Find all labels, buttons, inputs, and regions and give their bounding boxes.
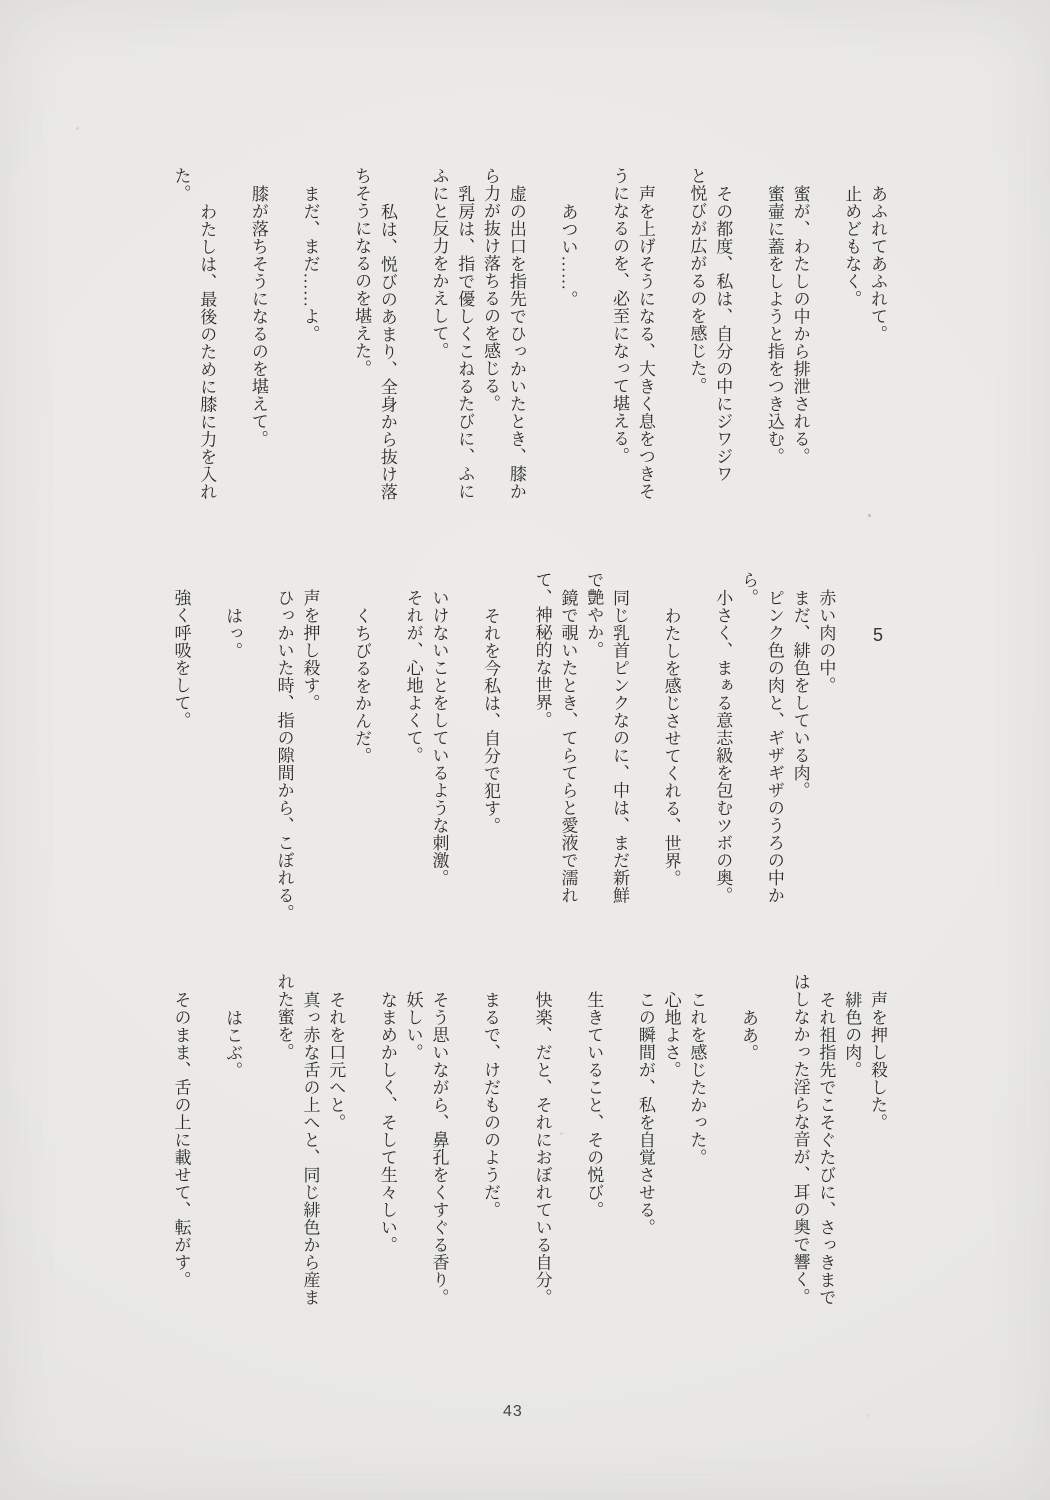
- text-column: 乳房は、指で優しくこねるたびに、ふに: [451, 167, 477, 543]
- text-column: て、神秘的な世界。: [529, 571, 555, 947]
- text-column: 強く呼吸をして。: [168, 571, 194, 947]
- text-column: ピンク色の肉と、ギザギザのうろの中か: [761, 571, 787, 947]
- text-column: ふにと反力をかえして。: [426, 167, 452, 543]
- text-column: なまめかしく、そして生々しい。: [374, 973, 400, 1349]
- blank-column: [374, 571, 400, 947]
- text-column: 声を押し殺す。: [297, 571, 323, 947]
- blank-column: [245, 571, 271, 947]
- text-column: 膝が落ちそうになるのを堪えて。: [245, 167, 271, 543]
- text-column: 妖しい。: [400, 973, 426, 1349]
- text-column: 赤い肉の中。: [813, 571, 839, 947]
- text-column: ああ。: [735, 973, 761, 1349]
- text-column: 声を押し殺した。: [864, 973, 890, 1349]
- text-column: ちそうになるのを堪えた。: [348, 167, 374, 543]
- text-column: ら力が抜け落ちるのを感じる。: [477, 167, 503, 543]
- blank-column: [322, 167, 348, 543]
- text-column: まだ、まだ……よ。: [297, 167, 323, 543]
- blank-column: [761, 973, 787, 1349]
- blank-column: [813, 167, 839, 543]
- text-column: 虚の出口を指先でひっかいたとき、膝か: [503, 167, 529, 543]
- text-column: 快楽、だと、それにおぼれている自分。: [529, 973, 555, 1349]
- blank-column: [193, 571, 219, 947]
- scanned-book-page: あふれてあふれて。止めどもなく。 蜜が、わたしの中から排泄される。蜜壷に蓋をしよ…: [0, 0, 1050, 1500]
- text-column: 鏡で覗いたとき、てらてらと愛液で濡れ: [555, 571, 581, 947]
- blank-column: [735, 167, 761, 543]
- blank-column: [632, 571, 658, 947]
- blank-column: [580, 167, 606, 543]
- blank-column: [219, 167, 245, 543]
- text-column: 同じ乳首ピンクなのに、中は、まだ新鮮: [606, 571, 632, 947]
- text-column: れた蜜を。: [271, 973, 297, 1349]
- text-column: いけないことをしているような刺激。: [426, 571, 452, 947]
- text-block-middle: 5 赤い肉の中。まだ、緋色をしている肉。ピンク色の肉と、ギザギザのうろの中から。…: [168, 571, 890, 947]
- blank-column: [322, 571, 348, 947]
- blank-column: [709, 973, 735, 1349]
- page-number: 43: [503, 1403, 523, 1421]
- blank-column: [503, 571, 529, 947]
- text-column: その都度、私は、自分の中にジワジワ: [709, 167, 735, 543]
- blank-column: [606, 973, 632, 1349]
- text-column: それが、心地よくて。: [400, 571, 426, 947]
- blank-column: [503, 973, 529, 1349]
- text-block-bottom: 声を押し殺した。緋色の肉。それ祖指先でこそぐたびに、さっきまではしなかった淫らな…: [168, 973, 890, 1349]
- blank-column: [658, 167, 684, 543]
- text-column: そのまま、舌の上に載せて、転がす。: [168, 973, 194, 1349]
- text-column: ひっかいた時、指の隙間から、こぼれる。: [271, 571, 297, 947]
- text-column: 蜜が、わたしの中から排泄される。: [787, 167, 813, 543]
- text-column: わたしは、最後のために膝に力を入れ: [193, 167, 219, 543]
- text-column: はっ。: [219, 571, 245, 947]
- text-column: 生きていること、その悦び。: [580, 973, 606, 1349]
- text-column: そう思いながら、鼻孔をくすぐる香り。: [426, 973, 452, 1349]
- blank-column: [529, 167, 555, 543]
- text-column: それ祖指先でこそぐたびに、さっきまで: [813, 973, 839, 1349]
- text-column: 真っ赤な舌の上へと、同じ緋色から産ま: [297, 973, 323, 1349]
- blank-column: [451, 571, 477, 947]
- text-column: 止めどもなく。: [838, 167, 864, 543]
- text-block-top: あふれてあふれて。止めどもなく。 蜜が、わたしの中から排泄される。蜜壷に蓋をしよ…: [168, 167, 890, 543]
- text-column: くちびるをかんだ。: [348, 571, 374, 947]
- text-column: わたしを感じさせてくれる、世界。: [658, 571, 684, 947]
- text-column: それを今私は、自分で犯す。: [477, 571, 503, 947]
- blank-column: [348, 973, 374, 1349]
- text-column: はしなかった淫らな音が、耳の奥で響く。: [787, 973, 813, 1349]
- text-column: で艶やか。: [580, 571, 606, 947]
- blank-column: [684, 571, 710, 947]
- text-column: はこぶ。: [219, 973, 245, 1349]
- blank-column: [555, 973, 581, 1349]
- text-column: た。: [168, 167, 194, 543]
- text-column: ら。: [735, 571, 761, 947]
- text-column: 緋色の肉。: [838, 973, 864, 1349]
- blank-column: [838, 571, 864, 947]
- text-column: この瞬間が、私を自覚させる。: [632, 973, 658, 1349]
- blank-column: [400, 167, 426, 543]
- text-column: 声を上げそうになる、大きく息をつきそ: [632, 167, 658, 543]
- section-number: 5: [864, 571, 890, 947]
- text-column: まだ、緋色をしている肉。: [787, 571, 813, 947]
- text-column: うになるのを、必至になって堪える。: [606, 167, 632, 543]
- blank-column: [451, 973, 477, 1349]
- text-column: まるで、けだもののようだ。: [477, 973, 503, 1349]
- text-column: 心地よさ。: [658, 973, 684, 1349]
- blank-column: [245, 973, 271, 1349]
- text-column: 蜜壷に蓋をしようと指をつき込む。: [761, 167, 787, 543]
- text-column: と悦びが広がるのを感じた。: [684, 167, 710, 543]
- blank-column: [193, 973, 219, 1349]
- blank-column: [271, 167, 297, 543]
- text-column: あつい……。: [555, 167, 581, 543]
- text-column: 私は、悦びのあまり、全身から抜け落: [374, 167, 400, 543]
- text-column: これを感じたかった。: [684, 973, 710, 1349]
- text-column: それを口元へと。: [322, 973, 348, 1349]
- text-column: 小さく、まぁる意志級を包むツボの奥。: [709, 571, 735, 947]
- text-column: あふれてあふれて。: [864, 167, 890, 543]
